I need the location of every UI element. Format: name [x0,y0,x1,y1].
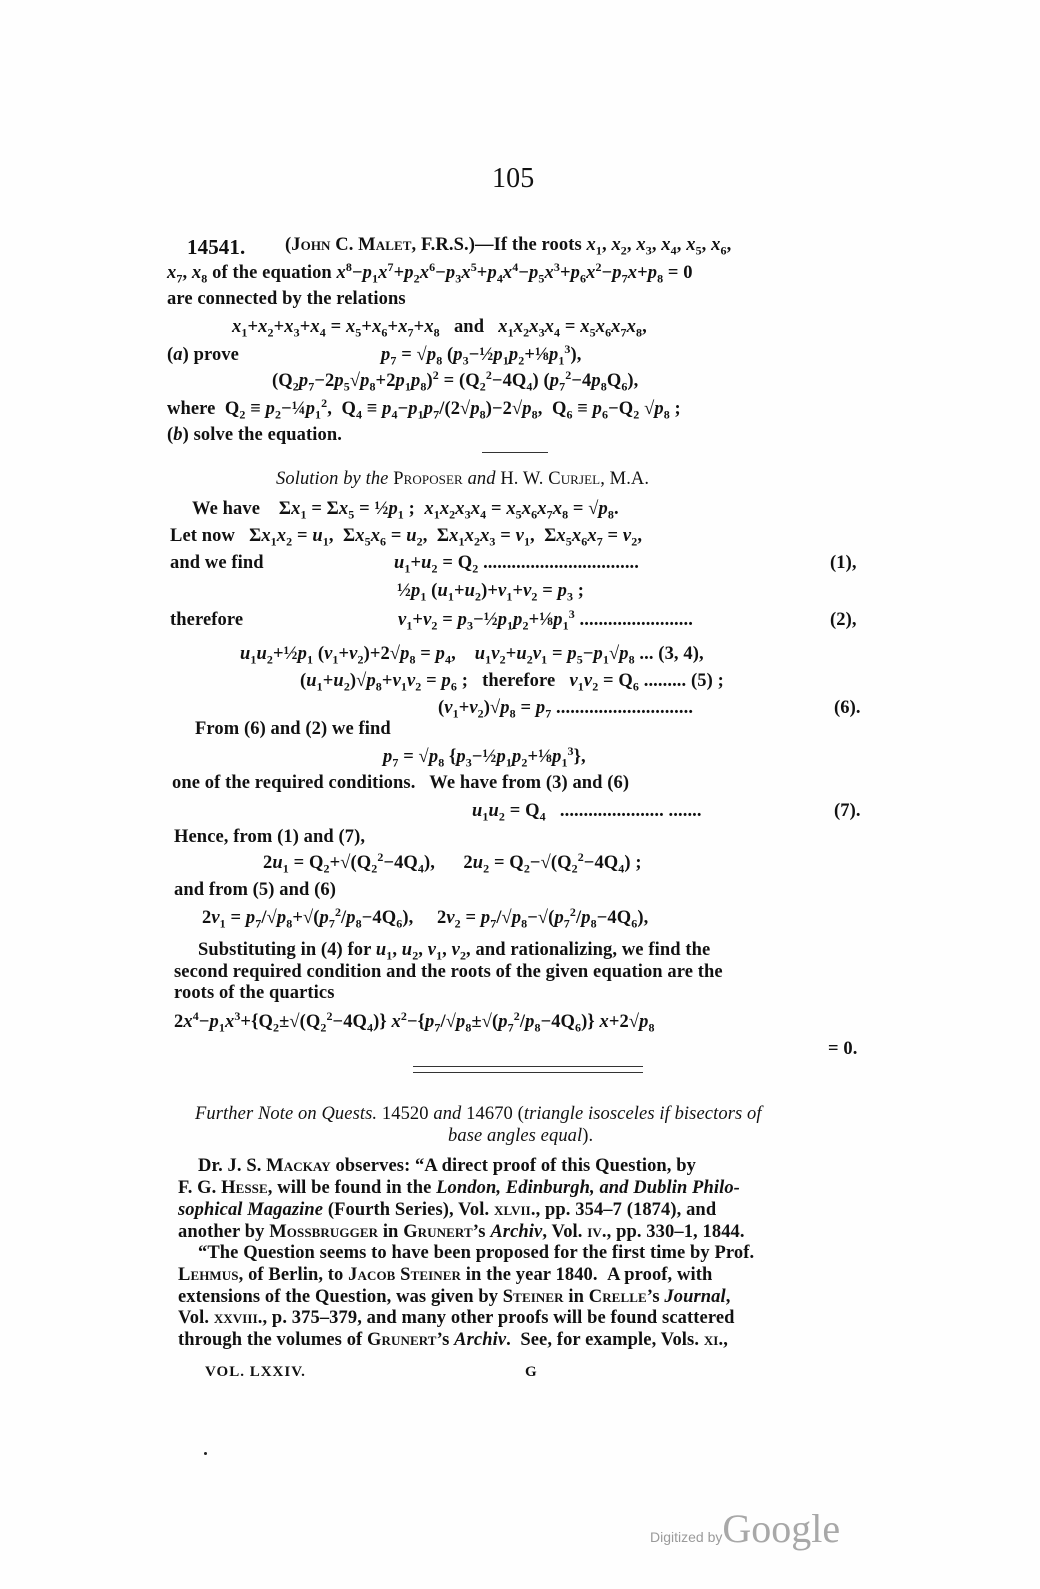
equation: u1u2+½p1 (v1+v2)+2√p8 = p4, u1v2+u2v1 = … [240,643,704,665]
equation: ½p1 (u1+u2)+v1+v2 = p3 ; [397,580,584,602]
volume-label: VOL. LXXIV. [205,1364,306,1381]
solution-line: From (6) and (2) we find [195,718,391,740]
note-line: F. G. Hesse, will be found in the London… [178,1177,740,1199]
double-rule [413,1066,643,1073]
note-line: “The Question seems to have been propose… [198,1242,754,1264]
solution-line: We have Σx1 = Σx5 = ½p1 ; x1x2x3x4 = x5x… [192,498,619,520]
note-line: another by Mossbrugger in Grunert’s Arch… [178,1221,745,1243]
page-number: 105 [492,168,534,190]
equation: (v1+v2)√p8 = p7 ........................… [438,697,693,719]
question-line: are connected by the relations [167,288,406,310]
equation-label: (6). [834,697,861,719]
equation: (u1+u2)√p8+v1v2 = p6 ; therefore v1v2 = … [300,670,724,692]
note-heading: base angles equal). [448,1125,593,1147]
equation-label: (2), [830,609,857,631]
solution-line: and we find [170,552,264,574]
equation-label: (7). [834,800,861,822]
note-line: sophical Magazine (Fourth Series), Vol. … [178,1199,716,1221]
note-line: Dr. J. S. Mackay observes: “A direct pro… [198,1155,696,1177]
question-line: (a) prove [167,344,239,366]
solution-line: Hence, from (1) and (7), [174,826,365,848]
google-watermark: Digitized byGoogle [650,1505,840,1552]
solution-line: one of the required conditions. We have … [172,772,629,794]
note-heading: Further Note on Quests. 14520 and 14670 … [195,1103,762,1125]
equation: 2u1 = Q2+√(Q22−4Q4), 2u2 = Q2−√(Q22−4Q4)… [263,852,642,874]
note-line: Lehmus, of Berlin, to Jacob Steiner in t… [178,1264,712,1286]
equation: v1+v2 = p3−½p1p2+⅛p13 ..................… [398,609,693,631]
equation: (Q2p7−2p5√p8+2p1p8)2 = (Q22−4Q4) (p72−4p… [272,370,638,392]
equation: p7 = √p8 (p3−½p1p2+⅛p13), [381,344,582,366]
note-line: Vol. xxviii., p. 375–379, and many other… [178,1307,735,1329]
solution-line: roots of the quartics [174,982,335,1004]
question-line: (John C. Malet, F.R.S.)—If the roots x1,… [285,234,731,256]
question-number: 14541. [187,236,245,258]
solution-line: Substituting in (4) for u1, u2, v1, v2, … [198,939,710,961]
equation: 2v1 = p7/√p8+√(p72/p8−4Q6), 2v2 = p7/√p8… [202,907,648,929]
equation: u1u2 = Q4 ...................... ....... [472,800,702,822]
speck [204,1452,207,1455]
equation: = 0. [828,1038,857,1060]
signature-mark: G [525,1364,538,1381]
question-line: (b) solve the equation. [167,424,342,446]
equation: u1+u2 = Q2 .............................… [394,552,639,574]
question-line: x7, x8 of the equation x8−p1x7+p2x6−p3x5… [167,262,693,284]
note-line: extensions of the Question, was given by… [178,1286,731,1308]
equation: 2x4−p1x3+{Q2±√(Q22−4Q4)} x2−{p7/√p8±√(p7… [174,1011,655,1033]
equation: x1+x2+x3+x4 = x5+x6+x7+x8 and x1x2x3x4 =… [232,316,647,338]
book-page: 105 14541. (John C. Malet, F.R.S.)—If th… [0,0,1040,1589]
note-line: through the volumes of Grunert’s Archiv.… [178,1329,728,1351]
equation: p7 = √p8 {p3−½p1p2+⅛p13}, [383,746,586,768]
question-line: where Q2 ≡ p2−¼p12, Q4 ≡ p4−p1p7/(2√p8)−… [167,398,681,420]
solution-heading: Solution by the Proposer and H. W. Curje… [276,468,649,490]
solution-line: and from (5) and (6) [174,879,336,901]
equation-label: (1), [830,552,857,574]
solution-line: second required condition and the roots … [174,961,723,983]
watermark-prefix: Digitized by [650,1529,722,1545]
solution-line: therefore [170,609,243,631]
google-logo: Google [722,1506,840,1551]
solution-line: Let now Σx1x2 = u1, Σx5x6 = u2, Σx1x2x3 … [170,525,642,547]
short-rule [482,452,548,453]
